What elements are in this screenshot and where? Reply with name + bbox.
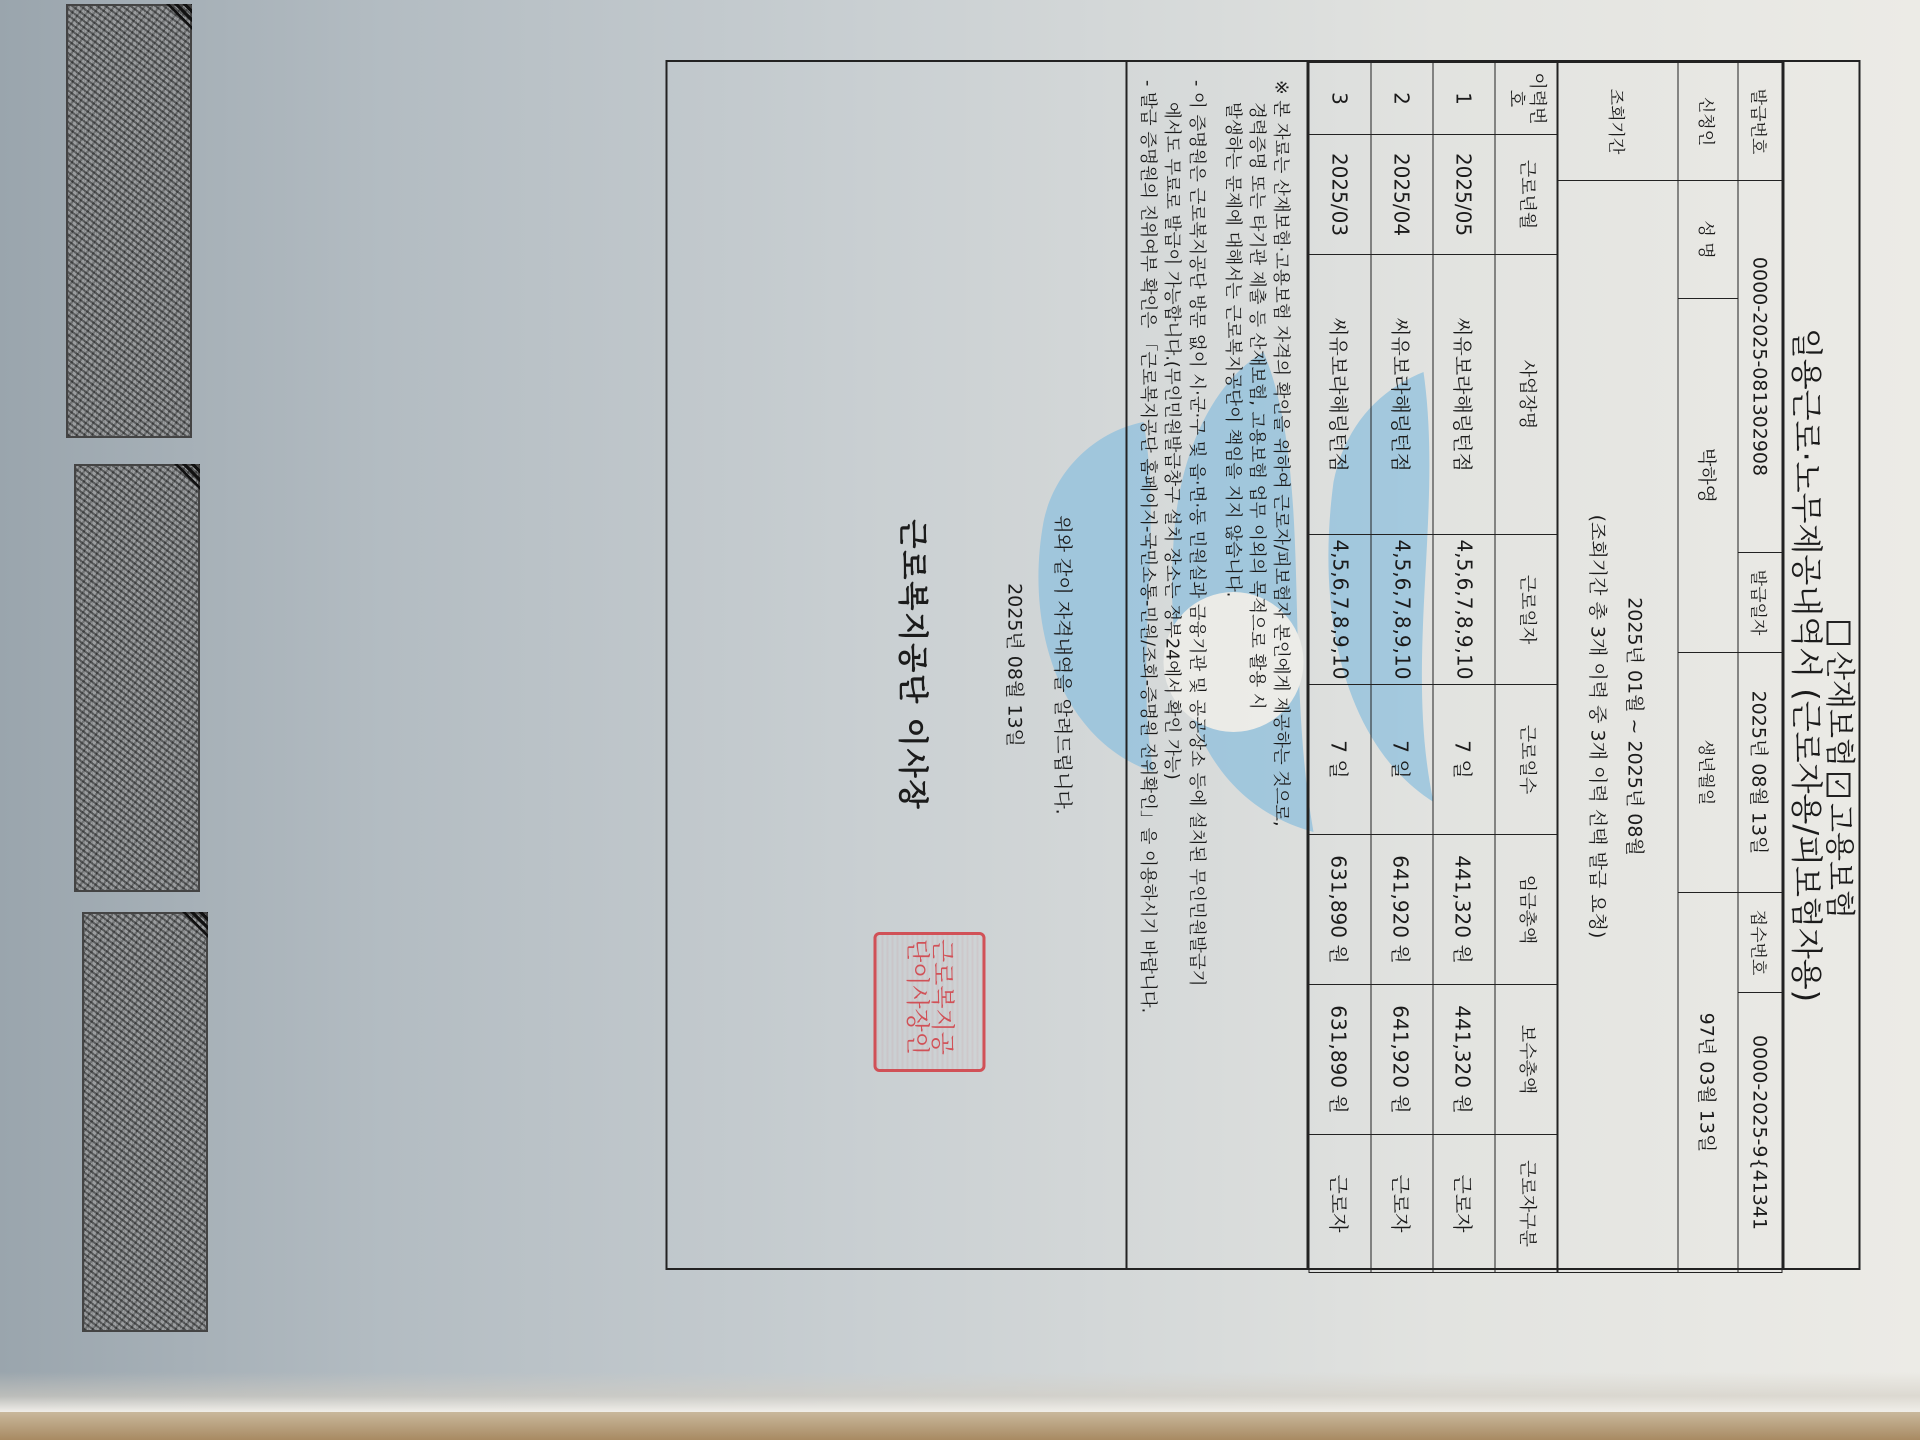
desk-surface xyxy=(0,1412,1920,1440)
period-range: 2025년 01월 ~ 2025년 08월 xyxy=(1623,185,1650,1268)
record-number: 3 xyxy=(1309,63,1371,135)
work-month: 2025/05 xyxy=(1433,135,1495,255)
industrial-accident-label: 산재보험 xyxy=(1822,651,1854,767)
work-days: 4,5,6,7,8,9,10 xyxy=(1371,535,1433,685)
worker-type: 근로자 xyxy=(1371,1135,1433,1273)
column-header: 임금총액 xyxy=(1495,835,1557,985)
period-label: 조회기간 xyxy=(1558,63,1678,181)
birth-label: 생년월일 xyxy=(1678,653,1738,893)
pay-total: 641,920 원 xyxy=(1371,985,1433,1135)
workplace-name: 씨유보라해링턴점 xyxy=(1433,255,1495,535)
notes-section: ※ 본 자료는 산재보험·고용보험 자격의 확인을 위하여 근로자/피보험자 본… xyxy=(1127,62,1308,1268)
record-number: 2 xyxy=(1371,63,1433,135)
issue-number-label: 발급번호 xyxy=(1738,63,1782,181)
security-barcode-3 xyxy=(82,912,208,1332)
document-title: 산재보험 ✓ 고용보험 일용근로·노무제공내역서 (근로자용/피보험자용) xyxy=(1782,62,1858,1268)
wage-total: 631,890 원 xyxy=(1309,835,1371,985)
confirmation-text: 위와 같이 자격내역을 알려드립니다. xyxy=(1050,62,1077,1268)
issue-date-label: 발급일자 xyxy=(1738,553,1782,653)
industrial-accident-checkbox xyxy=(1826,621,1850,645)
wage-total: 641,920 원 xyxy=(1371,835,1433,985)
worker-type: 근로자 xyxy=(1433,1135,1495,1273)
name-value: 박하영 xyxy=(1678,299,1738,653)
employment-record-document: 산재보험 ✓ 고용보험 일용근로·노무제공내역서 (근로자용/피보험자용) 발급… xyxy=(665,60,1860,1270)
workplace-name: 씨유보라해링턴점 xyxy=(1371,255,1433,535)
barcode-corner-mark xyxy=(166,4,192,30)
work-history-table: 이력번호 근로년월 사업장명 근로일자 근로일수 임금총액 보수총액 근로자구분… xyxy=(1308,62,1557,1273)
note-line: ※ 본 자료는 산재보험·고용보험 자격의 확인을 위하여 근로자/피보험자 본… xyxy=(1268,80,1292,1246)
security-barcode-1 xyxy=(66,4,192,438)
period-value: 2025년 01월 ~ 2025년 08월 (조회기간 총 3개 이력 중 3개… xyxy=(1558,181,1678,1273)
document-title-text: 일용근로·노무제공내역서 (근로자용/피보험자용) xyxy=(1788,328,1822,1002)
column-header: 근로일자 xyxy=(1495,535,1557,685)
day-count: 7 일 xyxy=(1433,685,1495,835)
certification-date: 2025년 08월 13일 xyxy=(1002,62,1029,1268)
barcode-corner-mark xyxy=(182,912,208,938)
issue-date-value: 2025년 08월 13일 xyxy=(1738,653,1782,893)
issuer-name: 근로복지공단 이사장 xyxy=(893,62,937,1268)
column-header: 근로년월 xyxy=(1495,135,1557,255)
employment-insurance-label: 고용보험 xyxy=(1822,803,1854,919)
note-line: - 발급 증명원의 진위여부 확인은 「근로복지공단 홈페이지-국민소통-민원/… xyxy=(1135,80,1159,1246)
issue-number-value: 0000-2025-081302908 xyxy=(1738,181,1782,553)
table-row: 3 2025/03 씨유보라해링턴점 4,5,6,7,8,9,10 7 일 63… xyxy=(1309,63,1371,1273)
certification-section: 위와 같이 자격내역을 알려드립니다. 2025년 08월 13일 근로복지공단… xyxy=(625,62,1127,1268)
work-month: 2025/03 xyxy=(1309,135,1371,255)
column-header: 사업장명 xyxy=(1495,255,1557,535)
applicant-label: 신청인 xyxy=(1678,63,1738,181)
name-label: 성 명 xyxy=(1678,181,1738,299)
note-line: - 이 증명원은 근로복지공단 방문 없이 시·군·구 및 읍·면·동 민원실과… xyxy=(1183,80,1207,1246)
document-wrapper: 산재보험 ✓ 고용보험 일용근로·노무제공내역서 (근로자용/피보험자용) 발급… xyxy=(665,60,1860,1270)
applicant-info-table: 발급번호 0000-2025-081302908 발급일자 2025년 08월 … xyxy=(1557,62,1782,1273)
note-line: 에서도 무료로 발급이 가능합니다.(무인민원발급창구 설치 장소는 정부24에… xyxy=(1159,80,1183,1246)
work-days: 4,5,6,7,8,9,10 xyxy=(1433,535,1495,685)
birth-value: 97년 03월 13일 xyxy=(1678,893,1738,1273)
receipt-number-label: 접수번호 xyxy=(1738,893,1782,993)
barcode-corner-mark xyxy=(174,464,200,490)
table-row: 2 2025/04 씨유보라해링턴점 4,5,6,7,8,9,10 7 일 64… xyxy=(1371,63,1433,1273)
work-days: 4,5,6,7,8,9,10 xyxy=(1309,535,1371,685)
worker-type: 근로자 xyxy=(1309,1135,1371,1273)
receipt-number-value: 0000-2025-9{41341 xyxy=(1738,993,1782,1273)
official-seal-stamp: 근로복지공단이사장인 xyxy=(873,932,985,1072)
employment-insurance-checkbox: ✓ xyxy=(1826,773,1850,797)
record-number: 1 xyxy=(1433,63,1495,135)
note-line: 경력증명 또는 타기관 제출 등 산재보험, 고용보험 업무 이외의 목적으로 … xyxy=(1244,80,1268,1246)
column-header: 이력번호 xyxy=(1495,63,1557,135)
paper-fold xyxy=(0,1372,1920,1412)
column-header: 근로일수 xyxy=(1495,685,1557,835)
column-header: 보수총액 xyxy=(1495,985,1557,1135)
table-row: 1 2025/05 씨유보라해링턴점 4,5,6,7,8,9,10 7 일 44… xyxy=(1433,63,1495,1273)
insurance-type-selector: 산재보험 ✓ 고용보험 xyxy=(1822,411,1854,919)
note-line: 발생하는 문제에 대해서는 근로복지공단이 책임을 지지 않습니다. xyxy=(1220,80,1244,1246)
period-note: (조회기간 총 3개 이력 중 3개 이력 선택 발급 요청) xyxy=(1586,185,1613,1268)
day-count: 7 일 xyxy=(1371,685,1433,835)
pay-total: 631,890 원 xyxy=(1309,985,1371,1135)
workplace-name: 씨유보라해링턴점 xyxy=(1309,255,1371,535)
wage-total: 441,320 원 xyxy=(1433,835,1495,985)
table-header-row: 이력번호 근로년월 사업장명 근로일자 근로일수 임금총액 보수총액 근로자구분 xyxy=(1495,63,1557,1273)
column-header: 근로자구분 xyxy=(1495,1135,1557,1273)
work-month: 2025/04 xyxy=(1371,135,1433,255)
pay-total: 441,320 원 xyxy=(1433,985,1495,1135)
day-count: 7 일 xyxy=(1309,685,1371,835)
security-barcode-2 xyxy=(74,464,200,892)
